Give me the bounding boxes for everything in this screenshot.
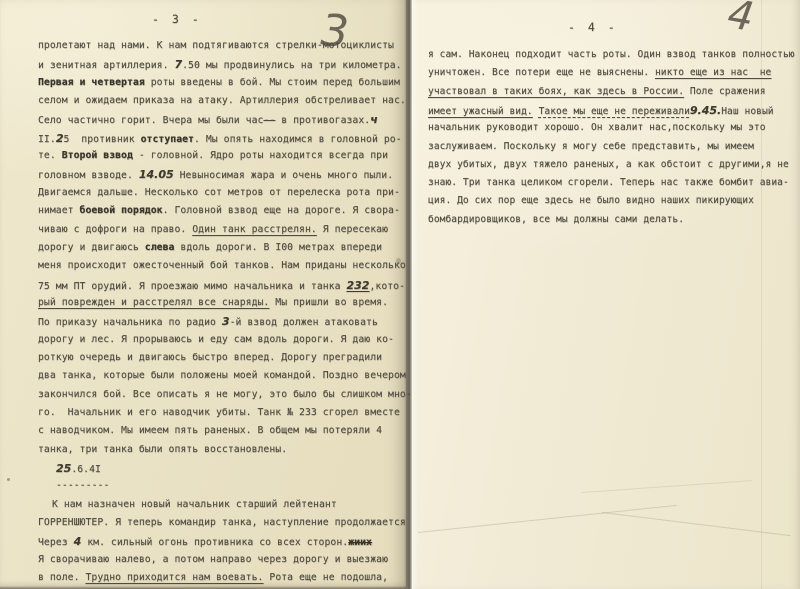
text-segment: ч — [370, 113, 378, 126]
text-segment: два танка, которые были положены моей ко… — [38, 370, 406, 381]
text-segment: -й взвод должен атаковать — [230, 317, 378, 328]
text-line: бомбардировщиков, все мы должны сами дел… — [428, 214, 684, 225]
text-line: рый поврежден и расстрелял все снаряды. … — [38, 297, 388, 308]
text-segment: уничтожен. Все потери еще не выяснены. — [428, 67, 655, 78]
text-segment: Невыносимая жара и очень много пыли. — [174, 170, 394, 181]
text-segment: Второй взвод — [62, 150, 133, 161]
text-segment: ,кото- — [369, 281, 405, 292]
text-line: нимает боевой порядок. Головной взвод ещ… — [38, 205, 400, 216]
text-segment: ГОРРЕНШЮТЕР. Я теперь командир танка, на… — [38, 517, 406, 528]
text-segment: роткую очередь и двигаюсь быстро вперед.… — [38, 352, 382, 363]
text-line: Через 4 км. сильный огонь противника со … — [38, 535, 372, 548]
text-line: в поле. Трудно приходится нам воевать. Р… — [38, 572, 388, 583]
text-line: чиваю с дофроги на право. Один танк расс… — [38, 224, 388, 235]
text-line: Я сворачиваю налево, а потом направо чер… — [38, 554, 388, 565]
text-segment: - головной. Ядро роты находится всегда п… — [133, 150, 388, 161]
text-segment: жиих — [348, 537, 372, 548]
text-segment: двух убитых, двух тяжело раненых, а как … — [428, 159, 789, 170]
text-line: роткую очередь и двигаюсь быстро вперед.… — [38, 352, 382, 363]
text-line: меня происходит ожесточенный бой танков.… — [38, 260, 406, 271]
text-segment: К нам назначен новый начальник старший л… — [52, 499, 337, 510]
text-line: дорогу и двигаюсь слева вдоль дороги. В … — [38, 242, 382, 253]
text-line: с наводчиком. Мы имеем пять раненых. В о… — [38, 425, 382, 436]
text-line: го. Начальник и его наводчик убиты. Танк… — [38, 407, 400, 418]
text-segment: Наш новый — [721, 106, 773, 117]
text-segment: заслуживаем. Поскольку я могу себе предс… — [428, 141, 754, 152]
text-line: К нам назначен новый начальник старший л… — [52, 499, 337, 510]
text-segment: знаю. Три танка целиком сгорели. Теперь … — [428, 177, 789, 188]
ink-speck — [396, 258, 401, 264]
text-segment: рый поврежден и расстрелял все снаряды. — [38, 297, 269, 308]
scanned-page-left: - 3 - 3 пролетают над нами. К нам подтяг… — [0, 0, 406, 589]
text-line: начальник руководит хорошо. Он хвалит на… — [428, 122, 766, 133]
text-segment: II. — [38, 134, 56, 145]
text-segment: роты введены в бой. Мы стоим перед больш… — [145, 77, 400, 88]
text-line: двух убитых, двух тяжело раненых, а как … — [428, 159, 789, 170]
text-line: 75 мм ПТ орудий. Я проезжаю мимо начальн… — [38, 279, 405, 292]
text-segment: отступает — [141, 134, 194, 145]
text-segment: в противогазах. — [275, 115, 370, 126]
text-segment: дорогу и лес. Я прорываюсь и еду сам вдо… — [38, 334, 394, 345]
text-segment: в поле. — [38, 572, 85, 583]
text-segment: никто еще из нас не — [655, 67, 771, 78]
text-segment: 232 — [346, 279, 369, 292]
text-segment: меня происходит ожесточенный бой танков.… — [38, 260, 406, 271]
text-line: имеет ужасный вид. Такое мы еще не переж… — [428, 104, 774, 117]
text-line: дорогу и лес. Я прорываюсь и еду сам вдо… — [38, 334, 394, 345]
text-line: закончился бой. Все описать я не могу, э… — [38, 389, 412, 400]
text-segment: имеет ужасный вид. — [428, 106, 533, 117]
text-segment: закончился бой. Все описать я не могу, э… — [38, 389, 412, 400]
paper-crease — [761, 0, 762, 589]
text-segment: По приказу начальника по радио — [38, 317, 222, 328]
text-line: ция. До сих пор еще здесь не было видно … — [428, 195, 754, 206]
text-segment: нимает — [38, 205, 80, 216]
text-line: ГОРРЕНШЮТЕР. Я теперь командир танка, на… — [38, 517, 406, 528]
text-segment: с наводчиком. Мы имеем пять раненых. В о… — [38, 425, 382, 436]
text-segment: км. сильный огонь противника со всех сто… — [81, 537, 348, 548]
text-segment: те. — [38, 150, 62, 161]
text-segment: .50 мы продвинулись на три километра. — [182, 60, 402, 71]
text-segment: Первая и четвертая — [38, 77, 145, 88]
text-segment: --------- — [56, 480, 109, 491]
text-segment: -- — [263, 115, 275, 126]
text-line: 25.6.4I — [56, 462, 101, 475]
text-line: знаю. Три танка целиком сгорели. Теперь … — [428, 177, 789, 188]
text-segment: Село частично горит. Вчера мы были час — [38, 115, 263, 126]
text-segment: 5 противник — [63, 134, 140, 145]
text-line: заслуживаем. Поскольку я могу себе предс… — [428, 141, 754, 152]
page-body: пролетают над нами. К нам подтягиваются … — [38, 40, 404, 589]
text-segment: 25 — [56, 462, 71, 475]
page-body: я сам. Наконец подходит часть роты. Один… — [428, 49, 798, 589]
text-segment: головном взводе. — [38, 170, 139, 181]
text-segment: 14.05 — [139, 168, 174, 181]
text-segment: Поле сражения — [684, 86, 765, 97]
text-line: пролетают над нами. К нам подтягиваются … — [38, 40, 394, 51]
text-line: те. Второй взвод - головной. Ядро роты н… — [38, 150, 388, 161]
handwritten-page-number: 4 — [721, 0, 760, 37]
text-segment: 7 — [174, 58, 182, 71]
ink-speck — [7, 478, 10, 481]
text-segment: пролетают над нами. К нам подтягиваются … — [38, 40, 394, 51]
text-segment: . Головной взвод еще на дороге. Я свора- — [163, 205, 400, 216]
text-line: уничтожен. Все потери еще не выяснены. н… — [428, 67, 771, 78]
text-line: участвовал в таких боях, как здесь в Рос… — [428, 86, 766, 97]
page-number: - 3 - — [152, 12, 202, 26]
text-segment: участвовал в таких боях, как здесь в Рос… — [428, 86, 684, 97]
text-line: танка, три танка были опять восстановлен… — [38, 444, 287, 455]
text-segment: .6.4I — [71, 464, 101, 475]
text-segment: 75 мм ПТ орудий. Я проезжаю мимо начальн… — [38, 281, 346, 292]
text-line: селом и ожидаем приказа на атаку. Артилл… — [38, 95, 406, 106]
text-segment: Мы пришли во время. — [269, 297, 388, 308]
text-line: два танка, которые были положены моей ко… — [38, 370, 406, 381]
text-segment: боевой порядок — [80, 205, 163, 216]
text-segment: вдоль дороги. В I00 метрах впереди — [174, 242, 382, 253]
text-line: Село частично горит. Вчера мы были час--… — [38, 113, 378, 126]
text-segment: селом и ожидаем приказа на атаку. Артилл… — [38, 95, 406, 106]
text-segment: Двигаемся дальше. Несколько сот метров о… — [38, 187, 400, 198]
text-segment: Рота еще не подошла, — [263, 572, 388, 583]
text-segment: 3 — [222, 315, 230, 328]
text-segment: Трудно приходится нам воевать. — [85, 572, 263, 583]
text-segment: дорогу и двигаюсь — [38, 242, 145, 253]
text-segment: Я сворачиваю налево, а потом направо чер… — [38, 554, 388, 565]
text-line: По приказу начальника по радио 3-й взвод… — [38, 315, 378, 328]
scanned-document: - 3 - 3 пролетают над нами. К нам подтяг… — [0, 0, 800, 589]
text-line: и зенитная артиллерия. 7.50 мы продвинул… — [38, 58, 402, 71]
text-segment: го. Начальник и его наводчик убиты. Танк… — [38, 407, 400, 418]
text-line: Двигаемся дальше. Несколько сот метров о… — [38, 187, 400, 198]
text-segment: танка, три танка были опять восстановлен… — [38, 444, 287, 455]
text-line: Первая и четвертая роты введены в бой. М… — [38, 77, 400, 88]
text-segment: я сам. Наконец подходит часть роты. Один… — [428, 49, 795, 60]
text-segment: Через — [38, 537, 74, 548]
text-line: я сам. Наконец подходит часть роты. Один… — [428, 49, 795, 60]
text-segment: и зенитная артиллерия. — [38, 60, 174, 71]
page-number: - 4 - — [568, 20, 618, 34]
text-segment: . Мы опять находимся в головной ро- — [194, 134, 402, 145]
text-segment: чиваю с дофроги на право. — [38, 224, 192, 235]
text-line: --------- — [56, 480, 109, 491]
text-segment: Я пересекаю — [317, 224, 388, 235]
text-segment: Такое мы еще не переживали — [539, 106, 690, 117]
text-segment: начальник руководит хорошо. Он хвалит на… — [428, 122, 766, 133]
scanned-page-right: - 4 - 4 я сам. Наконец подходит часть ро… — [412, 0, 800, 589]
text-segment: Один танк расстрелян. — [192, 224, 317, 235]
text-segment: ция. До сих пор еще здесь не было видно … — [428, 195, 754, 206]
text-segment: 9.45. — [690, 104, 721, 117]
text-line: головном взводе. 14.05 Невыносимая жара … — [38, 168, 393, 181]
text-segment: бомбардировщиков, все мы должны сами дел… — [428, 214, 684, 225]
text-line: II.25 противник отступает. Мы опять нахо… — [38, 132, 402, 145]
text-segment: слева — [145, 242, 175, 253]
